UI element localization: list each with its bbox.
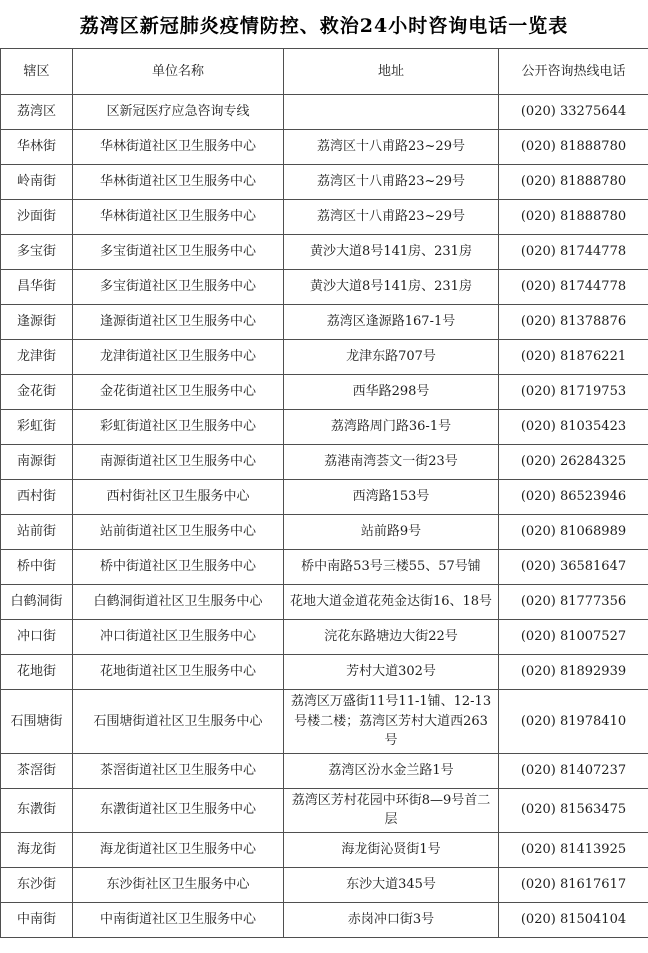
phone-cell: (020) 81719753 (499, 375, 648, 410)
address-cell: 东沙大道345号 (284, 867, 499, 902)
phone-cell: (020) 81744778 (499, 235, 648, 270)
unit-cell: 东沙街社区卫生服务中心 (73, 867, 284, 902)
unit-cell: 华林街道社区卫生服务中心 (73, 130, 284, 165)
address-cell: 桥中南路53号三楼55、57号铺 (284, 550, 499, 585)
address-cell: 龙津东路707号 (284, 340, 499, 375)
address-cell: 荔港南湾荟文一街23号 (284, 445, 499, 480)
unit-cell: 多宝街道社区卫生服务中心 (73, 270, 284, 305)
header-unit: 单位名称 (73, 49, 284, 95)
address-cell: 荔湾区十八甫路23~29号 (284, 165, 499, 200)
district-cell: 冲口街 (1, 620, 73, 655)
address-cell: 赤岗冲口街3号 (284, 902, 499, 937)
address-cell: 荔湾路周门路36-1号 (284, 410, 499, 445)
header-district: 辖区 (1, 49, 73, 95)
unit-cell: 站前街道社区卫生服务中心 (73, 515, 284, 550)
district-cell: 昌华街 (1, 270, 73, 305)
table-row: 石围塘街石围塘街道社区卫生服务中心荔湾区万盛街11号11-1铺、12-13号楼二… (1, 690, 648, 754)
phone-cell: (020) 81892939 (499, 655, 648, 690)
phone-cell: (020) 81876221 (499, 340, 648, 375)
district-cell: 石围塘街 (1, 690, 73, 754)
district-cell: 龙津街 (1, 340, 73, 375)
address-cell: 黄沙大道8号141房、231房 (284, 270, 499, 305)
unit-cell: 东漖街道社区卫生服务中心 (73, 788, 284, 832)
table-row: 昌华街多宝街道社区卫生服务中心黄沙大道8号141房、231房(020) 8174… (1, 270, 648, 305)
unit-cell: 西村街社区卫生服务中心 (73, 480, 284, 515)
unit-cell: 彩虹街道社区卫生服务中心 (73, 410, 284, 445)
district-cell: 荔湾区 (1, 95, 73, 130)
address-cell: 荔湾区十八甫路23~29号 (284, 130, 499, 165)
header-phone: 公开咨询热线电话 (499, 49, 648, 95)
district-cell: 多宝街 (1, 235, 73, 270)
unit-cell: 华林街道社区卫生服务中心 (73, 165, 284, 200)
district-cell: 南源街 (1, 445, 73, 480)
phone-cell: (020) 81744778 (499, 270, 648, 305)
address-cell: 荔湾区万盛街11号11-1铺、12-13号楼二楼；荔湾区芳村大道西263号 (284, 690, 499, 754)
phone-cell: (020) 81007527 (499, 620, 648, 655)
district-cell: 桥中街 (1, 550, 73, 585)
address-cell (284, 95, 499, 130)
table-row: 金花街金花街道社区卫生服务中心西华路298号(020) 81719753 (1, 375, 648, 410)
district-cell: 岭南街 (1, 165, 73, 200)
phone-cell: (020) 81978410 (499, 690, 648, 754)
district-cell: 海龙街 (1, 832, 73, 867)
address-cell: 浣花东路塘边大街22号 (284, 620, 499, 655)
table-row: 多宝街多宝街道社区卫生服务中心黄沙大道8号141房、231房(020) 8174… (1, 235, 648, 270)
phone-cell: (020) 81777356 (499, 585, 648, 620)
phone-cell: (020) 81888780 (499, 165, 648, 200)
table-row: 站前街站前街道社区卫生服务中心站前路9号(020) 81068989 (1, 515, 648, 550)
table-row: 中南街中南街道社区卫生服务中心赤岗冲口街3号(020) 81504104 (1, 902, 648, 937)
header-row: 辖区单位名称地址公开咨询热线电话 (1, 49, 648, 95)
address-cell: 黄沙大道8号141房、231房 (284, 235, 499, 270)
address-cell: 荔湾区逢源路167-1号 (284, 305, 499, 340)
unit-cell: 华林街道社区卫生服务中心 (73, 200, 284, 235)
district-cell: 沙面街 (1, 200, 73, 235)
district-cell: 华林街 (1, 130, 73, 165)
address-cell: 站前路9号 (284, 515, 499, 550)
phone-cell: (020) 81563475 (499, 788, 648, 832)
table-row: 茶滘街茶滘街道社区卫生服务中心荔湾区汾水金兰路1号(020) 81407237 (1, 753, 648, 788)
phone-cell: (020) 81413925 (499, 832, 648, 867)
phone-cell: (020) 81617617 (499, 867, 648, 902)
unit-cell: 南源街道社区卫生服务中心 (73, 445, 284, 480)
table-row: 沙面街华林街道社区卫生服务中心荔湾区十八甫路23~29号(020) 818887… (1, 200, 648, 235)
unit-cell: 多宝街道社区卫生服务中心 (73, 235, 284, 270)
phone-cell: (020) 81888780 (499, 130, 648, 165)
phone-cell: (020) 36581647 (499, 550, 648, 585)
unit-cell: 茶滘街道社区卫生服务中心 (73, 753, 284, 788)
unit-cell: 花地街道社区卫生服务中心 (73, 655, 284, 690)
unit-cell: 石围塘街道社区卫生服务中心 (73, 690, 284, 754)
phone-cell: (020) 81888780 (499, 200, 648, 235)
unit-cell: 海龙街道社区卫生服务中心 (73, 832, 284, 867)
phone-cell: (020) 81035423 (499, 410, 648, 445)
address-cell: 花地大道金道花苑金达街16、18号 (284, 585, 499, 620)
unit-cell: 白鹤洞街道社区卫生服务中心 (73, 585, 284, 620)
table-row: 西村街西村街社区卫生服务中心西湾路153号(020) 86523946 (1, 480, 648, 515)
phone-cell: (020) 81504104 (499, 902, 648, 937)
district-cell: 东沙街 (1, 867, 73, 902)
district-cell: 白鹤洞街 (1, 585, 73, 620)
table-row: 东沙街东沙街社区卫生服务中心东沙大道345号(020) 81617617 (1, 867, 648, 902)
table-row: 龙津街龙津街道社区卫生服务中心龙津东路707号(020) 81876221 (1, 340, 648, 375)
page-title: 荔湾区新冠肺炎疫情防控、救治24小时咨询电话一览表 (0, 0, 648, 48)
address-cell: 西华路298号 (284, 375, 499, 410)
table-row: 冲口街冲口街道社区卫生服务中心浣花东路塘边大街22号(020) 81007527 (1, 620, 648, 655)
hotline-page: 荔湾区新冠肺炎疫情防控、救治24小时咨询电话一览表 辖区单位名称地址公开咨询热线… (0, 0, 648, 953)
phone-cell: (020) 26284325 (499, 445, 648, 480)
hotline-table: 辖区单位名称地址公开咨询热线电话 荔湾区区新冠医疗应急咨询专线(020) 332… (0, 48, 648, 938)
unit-cell: 冲口街道社区卫生服务中心 (73, 620, 284, 655)
unit-cell: 金花街道社区卫生服务中心 (73, 375, 284, 410)
unit-cell: 龙津街道社区卫生服务中心 (73, 340, 284, 375)
district-cell: 花地街 (1, 655, 73, 690)
unit-cell: 区新冠医疗应急咨询专线 (73, 95, 284, 130)
district-cell: 茶滘街 (1, 753, 73, 788)
table-row: 白鹤洞街白鹤洞街道社区卫生服务中心花地大道金道花苑金达街16、18号(020) … (1, 585, 648, 620)
table-row: 东漖街东漖街道社区卫生服务中心荔湾区芳村花园中环街8—9号首二层(020) 81… (1, 788, 648, 832)
unit-cell: 逢源街道社区卫生服务中心 (73, 305, 284, 340)
district-cell: 西村街 (1, 480, 73, 515)
phone-cell: (020) 81407237 (499, 753, 648, 788)
phone-cell: (020) 81378876 (499, 305, 648, 340)
phone-cell: (020) 81068989 (499, 515, 648, 550)
table-row: 花地街花地街道社区卫生服务中心芳村大道302号(020) 81892939 (1, 655, 648, 690)
table-row: 桥中街桥中街道社区卫生服务中心桥中南路53号三楼55、57号铺(020) 365… (1, 550, 648, 585)
address-cell: 荔湾区十八甫路23~29号 (284, 200, 499, 235)
phone-cell: (020) 86523946 (499, 480, 648, 515)
district-cell: 中南街 (1, 902, 73, 937)
table-row: 岭南街华林街道社区卫生服务中心荔湾区十八甫路23~29号(020) 818887… (1, 165, 648, 200)
header-address: 地址 (284, 49, 499, 95)
address-cell: 荔湾区汾水金兰路1号 (284, 753, 499, 788)
address-cell: 海龙街沁贤街1号 (284, 832, 499, 867)
unit-cell: 桥中街道社区卫生服务中心 (73, 550, 284, 585)
district-cell: 逢源街 (1, 305, 73, 340)
unit-cell: 中南街道社区卫生服务中心 (73, 902, 284, 937)
district-cell: 站前街 (1, 515, 73, 550)
table-row: 海龙街海龙街道社区卫生服务中心海龙街沁贤街1号(020) 81413925 (1, 832, 648, 867)
table-row: 南源街南源街道社区卫生服务中心荔港南湾荟文一街23号(020) 26284325 (1, 445, 648, 480)
table-row: 彩虹街彩虹街道社区卫生服务中心荔湾路周门路36-1号(020) 81035423 (1, 410, 648, 445)
phone-cell: (020) 33275644 (499, 95, 648, 130)
table-header: 辖区单位名称地址公开咨询热线电话 (1, 49, 648, 95)
district-cell: 金花街 (1, 375, 73, 410)
address-cell: 芳村大道302号 (284, 655, 499, 690)
district-cell: 彩虹街 (1, 410, 73, 445)
district-cell: 东漖街 (1, 788, 73, 832)
table-body: 荔湾区区新冠医疗应急咨询专线(020) 33275644华林街华林街道社区卫生服… (1, 95, 648, 938)
address-cell: 西湾路153号 (284, 480, 499, 515)
table-row: 华林街华林街道社区卫生服务中心荔湾区十八甫路23~29号(020) 818887… (1, 130, 648, 165)
table-row: 荔湾区区新冠医疗应急咨询专线(020) 33275644 (1, 95, 648, 130)
address-cell: 荔湾区芳村花园中环街8—9号首二层 (284, 788, 499, 832)
table-row: 逢源街逢源街道社区卫生服务中心荔湾区逢源路167-1号(020) 8137887… (1, 305, 648, 340)
